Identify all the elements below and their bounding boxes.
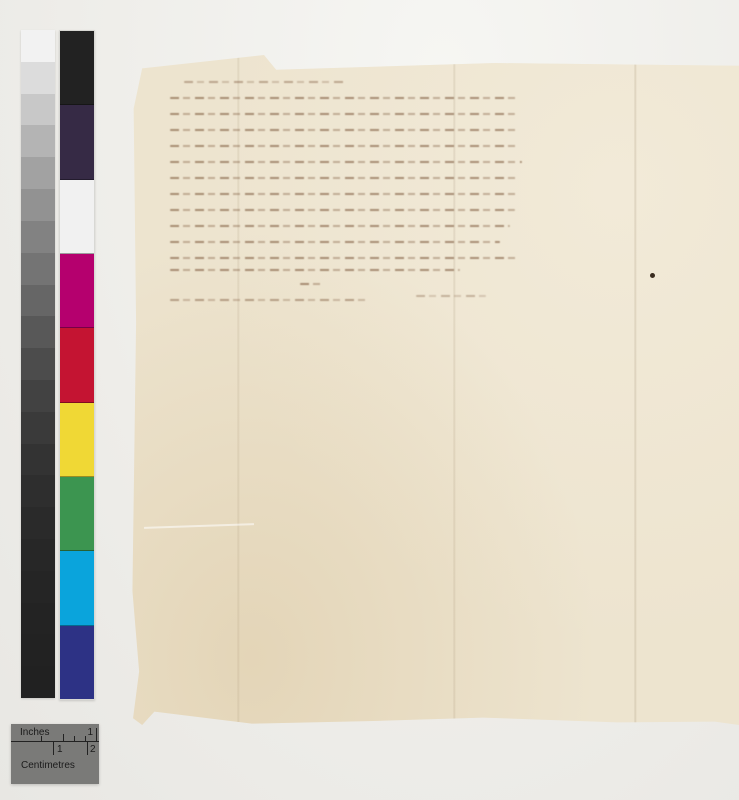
- mirrored-handwriting-line: [170, 193, 520, 195]
- grey-patch: [21, 253, 55, 285]
- mirrored-handwriting-line: [170, 225, 510, 227]
- paper-crease: [144, 523, 254, 529]
- ruler-cm-mark: 2: [90, 744, 96, 755]
- ruler-tick: [74, 736, 75, 741]
- ruler-tick: [96, 728, 97, 741]
- grey-patch: [21, 94, 55, 126]
- ruler-tick: [53, 741, 54, 755]
- grey-patch: [21, 412, 55, 444]
- white-patch: [60, 180, 94, 254]
- ruler-tick: [87, 741, 88, 755]
- grey-patch: [21, 125, 55, 157]
- ruler-tick: [85, 736, 86, 741]
- grey-patch: [21, 348, 55, 380]
- grey-patch: [21, 157, 55, 189]
- mirrored-handwriting-line: [170, 269, 460, 271]
- violet-patch: [60, 105, 94, 179]
- yellow-patch: [60, 403, 94, 477]
- mirrored-signature: [416, 295, 486, 297]
- mirrored-handwriting-line: [170, 113, 515, 115]
- scale-ruler: Inches 1 1 2 Centimetres: [11, 724, 99, 784]
- magenta-patch: [60, 254, 94, 328]
- grey-patch: [21, 475, 55, 507]
- grey-patch: [21, 507, 55, 539]
- mirrored-handwriting-line: [170, 257, 520, 259]
- grey-patch: [21, 444, 55, 476]
- mirrored-handwriting-line: [300, 283, 322, 285]
- grey-patch: [21, 380, 55, 412]
- grey-patch: [21, 285, 55, 317]
- mirrored-handwriting-line: [170, 97, 520, 99]
- mirrored-handwriting-line: [170, 177, 520, 179]
- red-patch: [60, 328, 94, 402]
- manuscript-page: [130, 55, 739, 725]
- ruler-tick: [63, 734, 64, 741]
- ruler-cm-mark: 1: [57, 744, 63, 755]
- ruler-divider: [11, 741, 99, 742]
- mirrored-signature-line: [170, 299, 370, 301]
- mirrored-handwriting-line: [170, 145, 518, 147]
- ruler-centimetres-label: Centimetres: [21, 760, 75, 771]
- mirrored-handwriting-line: [170, 129, 520, 131]
- mirrored-handwriting-line: [170, 241, 500, 243]
- black-patch: [60, 31, 94, 105]
- grey-patch: [21, 666, 55, 698]
- green-patch: [60, 477, 94, 551]
- ruler-inches-label: Inches: [20, 727, 49, 738]
- mirrored-handwriting-line: [170, 209, 515, 211]
- mirrored-handwriting-line: [170, 161, 522, 163]
- grey-patch: [21, 571, 55, 603]
- ink-spot: [650, 273, 655, 278]
- grey-patch: [21, 62, 55, 94]
- mirrored-handwriting-line: [184, 81, 344, 83]
- color-calibration-strip: [59, 30, 95, 700]
- grey-patch: [21, 603, 55, 635]
- greyscale-calibration-strip: [21, 30, 55, 698]
- grey-patch: [21, 221, 55, 253]
- blue-patch: [60, 626, 94, 699]
- grey-patch: [21, 634, 55, 666]
- grey-patch: [21, 316, 55, 348]
- grey-patch: [21, 539, 55, 571]
- cyan-patch: [60, 551, 94, 625]
- grey-patch: [21, 189, 55, 221]
- ruler-tick: [41, 736, 42, 741]
- grey-patch: [21, 30, 55, 62]
